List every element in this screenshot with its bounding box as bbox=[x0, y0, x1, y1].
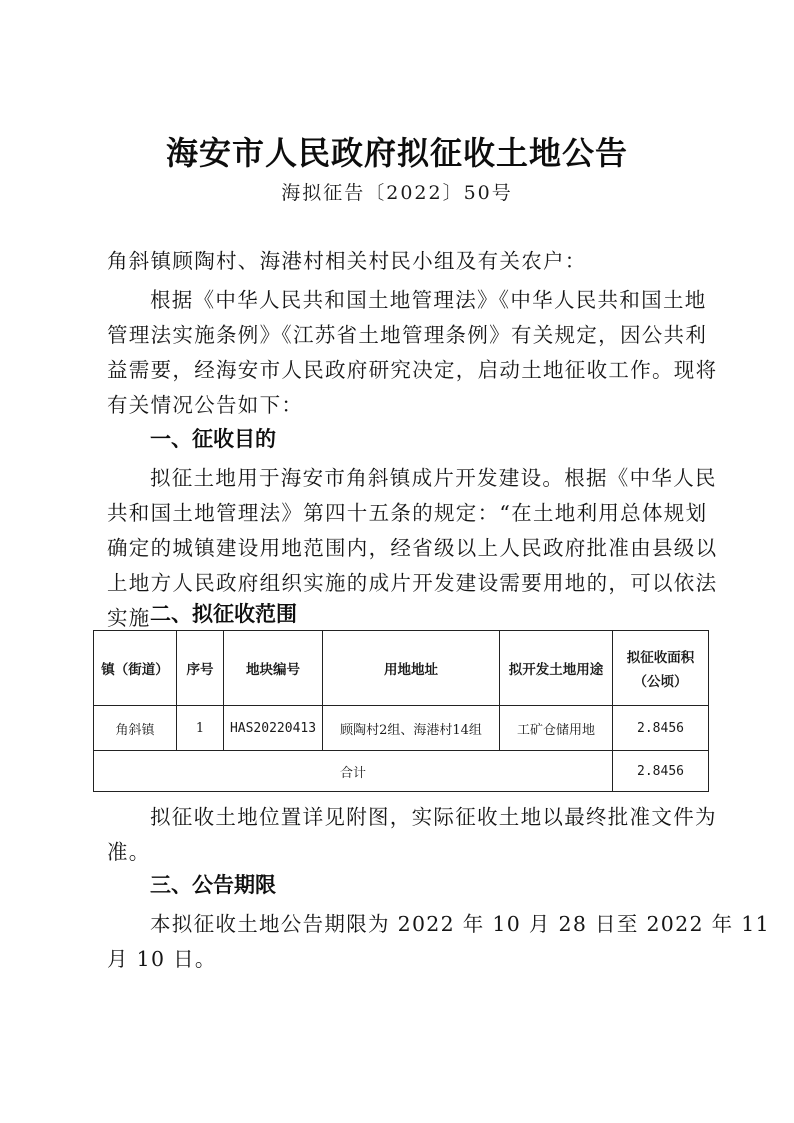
header-area-label: 拟征收面积 bbox=[613, 646, 708, 666]
cell-parcel-id: HAS20220413 bbox=[224, 706, 323, 751]
header-seq: 序号 bbox=[177, 631, 224, 706]
purpose-line: 确定的城镇建设用地范围内，经省级以上人民政府批准由县级以 bbox=[107, 531, 717, 561]
total-label: 合计 bbox=[94, 751, 613, 792]
header-address: 用地地址 bbox=[323, 631, 500, 706]
total-value: 2.8456 bbox=[613, 751, 709, 792]
header-parcel-id: 地块编号 bbox=[224, 631, 323, 706]
addressee: 角斜镇顾陶村、海港村相关村民小组及有关农户： bbox=[107, 244, 587, 274]
header-land-use: 拟开发土地用途 bbox=[500, 631, 613, 706]
scope-note-line: 拟征收土地位置详见附图，实际征收土地以最终批准文件为 bbox=[150, 800, 717, 830]
intro-line: 根据《中华人民共和国土地管理法》《中华人民共和国土地 bbox=[150, 283, 707, 313]
scope-note-line: 准。 bbox=[107, 835, 151, 865]
header-area: 拟征收面积 （公顷） bbox=[613, 631, 709, 706]
document-title: 海安市人民政府拟征收土地公告 bbox=[0, 128, 794, 174]
period-line: 月 10 日。 bbox=[107, 942, 217, 972]
header-town: 镇（街道） bbox=[94, 631, 177, 706]
intro-line: 益需要，经海安市人民政府研究决定，启动土地征收工作。现将 bbox=[107, 353, 717, 383]
intro-line: 有关情况公告如下： bbox=[107, 388, 303, 418]
cell-seq: 1 bbox=[177, 706, 224, 751]
cell-town: 角斜镇 bbox=[94, 706, 177, 751]
cell-area: 2.8456 bbox=[613, 706, 709, 751]
cell-land-use: 工矿仓储用地 bbox=[500, 706, 613, 751]
table-total-row: 合计 2.8456 bbox=[94, 751, 709, 792]
purpose-line: 拟征土地用于海安市角斜镇成片开发建设。根据《中华人民 bbox=[150, 461, 717, 491]
purpose-line: 上地方人民政府组织实施的成片开发建设需要用地的，可以依法 bbox=[107, 566, 717, 596]
land-scope-table: 镇（街道） 序号 地块编号 用地地址 拟开发土地用途 拟征收面积 （公顷） 角斜… bbox=[93, 630, 709, 792]
table-row: 角斜镇 1 HAS20220413 顾陶村2组、海港村14组 工矿仓储用地 2.… bbox=[94, 706, 709, 751]
section-heading-purpose: 一、征收目的 bbox=[150, 423, 276, 453]
document-number: 海拟征告〔2022〕50号 bbox=[0, 178, 794, 205]
cell-address: 顾陶村2组、海港村14组 bbox=[323, 706, 500, 751]
purpose-line: 共和国土地管理法》第四十五条的规定：“在土地利用总体规划 bbox=[107, 496, 707, 526]
intro-line: 管理法实施条例》《江苏省土地管理条例》有关规定，因公共利 bbox=[107, 318, 707, 348]
table-header-row: 镇（街道） 序号 地块编号 用地地址 拟开发土地用途 拟征收面积 （公顷） bbox=[94, 631, 709, 706]
header-area-unit: （公顷） bbox=[613, 670, 708, 690]
period-line: 本拟征收土地公告期限为 2022 年 10 月 28 日至 2022 年 11 bbox=[150, 907, 770, 937]
section-heading-period: 三、公告期限 bbox=[150, 869, 276, 899]
section-heading-scope: 二、拟征收范围 bbox=[150, 598, 301, 628]
